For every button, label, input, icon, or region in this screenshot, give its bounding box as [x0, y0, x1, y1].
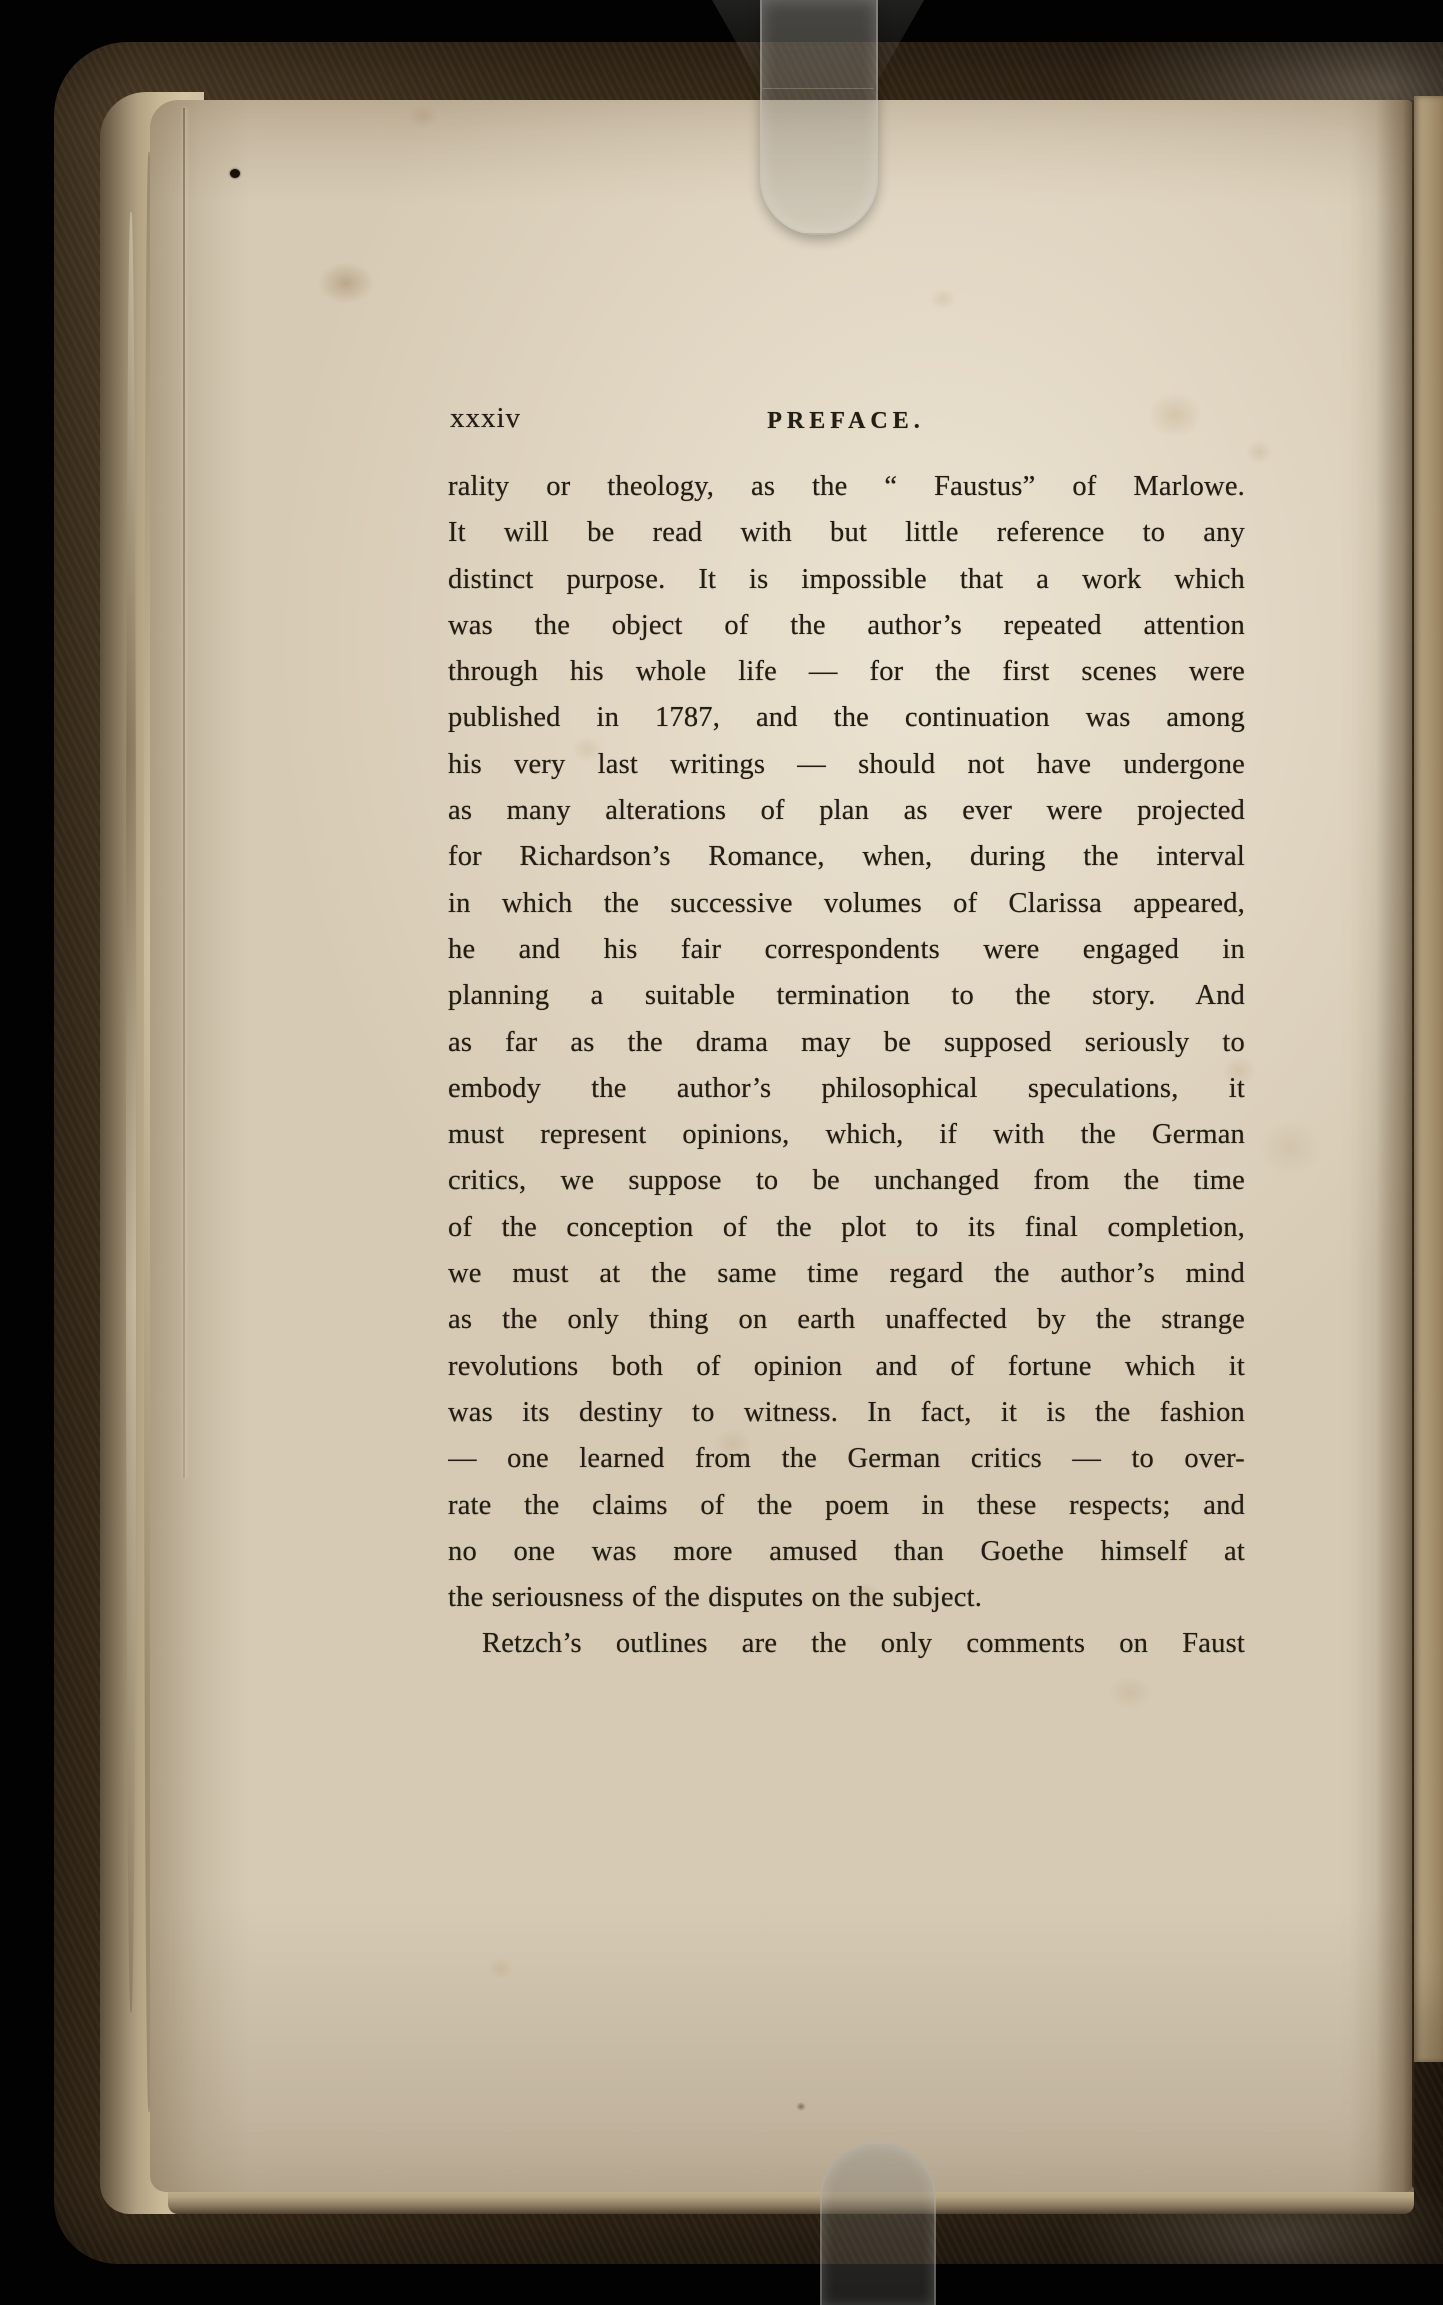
deckle-rib — [126, 212, 136, 2012]
page-number: xxxiv — [450, 398, 521, 438]
text-line: It will be read with but little referenc… — [448, 510, 1245, 556]
text-line: we must at the same time regard the auth… — [448, 1251, 1245, 1297]
text-line: published in 1787, and the continuation … — [448, 695, 1245, 741]
printed-text-block: xxxiv PREFACE. rality or theology, as th… — [448, 398, 1245, 444]
text-line: as the only thing on earth unaffected by… — [448, 1297, 1245, 1343]
text-line: through his whole life — for the first s… — [448, 649, 1245, 695]
text-line: distinct purpose. It is impossible that … — [448, 557, 1245, 603]
scanned-book-photo: xxxiv PREFACE. rality or theology, as th… — [0, 0, 1443, 2305]
running-header: PREFACE. — [767, 401, 925, 441]
body-text: rality or theology, as the “ Faustus” of… — [448, 464, 1245, 1668]
text-line: planning a suitable termination to the s… — [448, 973, 1245, 1019]
text-line: no one was more amused than Goethe himse… — [448, 1529, 1245, 1575]
text-line: was its destiny to witness. In fact, it … — [448, 1390, 1245, 1436]
text-line: rate the claims of the poem in these res… — [448, 1483, 1245, 1529]
page-header: xxxiv PREFACE. — [448, 398, 1245, 444]
text-line: was the object of the author’s repeated … — [448, 603, 1245, 649]
text-line: Retzch’s outlines are the only comments … — [448, 1621, 1245, 1667]
text-line: in which the successive volumes of Clari… — [448, 881, 1245, 927]
text-line: for Richardson’s Romance, when, during t… — [448, 834, 1245, 880]
text-line: embody the author’s philosophical specul… — [448, 1066, 1245, 1112]
text-line: must represent opinions, which, if with … — [448, 1112, 1245, 1158]
facing-page-sliver — [1414, 96, 1443, 2062]
text-line: rality or theology, as the “ Faustus” of… — [448, 464, 1245, 510]
text-line: of the conception of the plot to its fin… — [448, 1205, 1245, 1251]
gutter-shadow — [1376, 100, 1414, 2192]
ink-dot — [230, 169, 240, 178]
text-line: — one learned from the German critics — … — [448, 1436, 1245, 1482]
text-line: as many alterations of plan as ever were… — [448, 788, 1245, 834]
text-line: critics, we suppose to be unchanged from… — [448, 1158, 1245, 1204]
text-line: revolutions both of opinion and of fortu… — [448, 1344, 1245, 1390]
text-line: as far as the drama may be supposed seri… — [448, 1020, 1245, 1066]
text-line: his very last writings — should not have… — [448, 742, 1245, 788]
text-line: he and his fair correspondents were enga… — [448, 927, 1245, 973]
text-line: the seriousness of the disputes on the s… — [448, 1575, 1245, 1621]
under-page-edge — [183, 108, 185, 1478]
